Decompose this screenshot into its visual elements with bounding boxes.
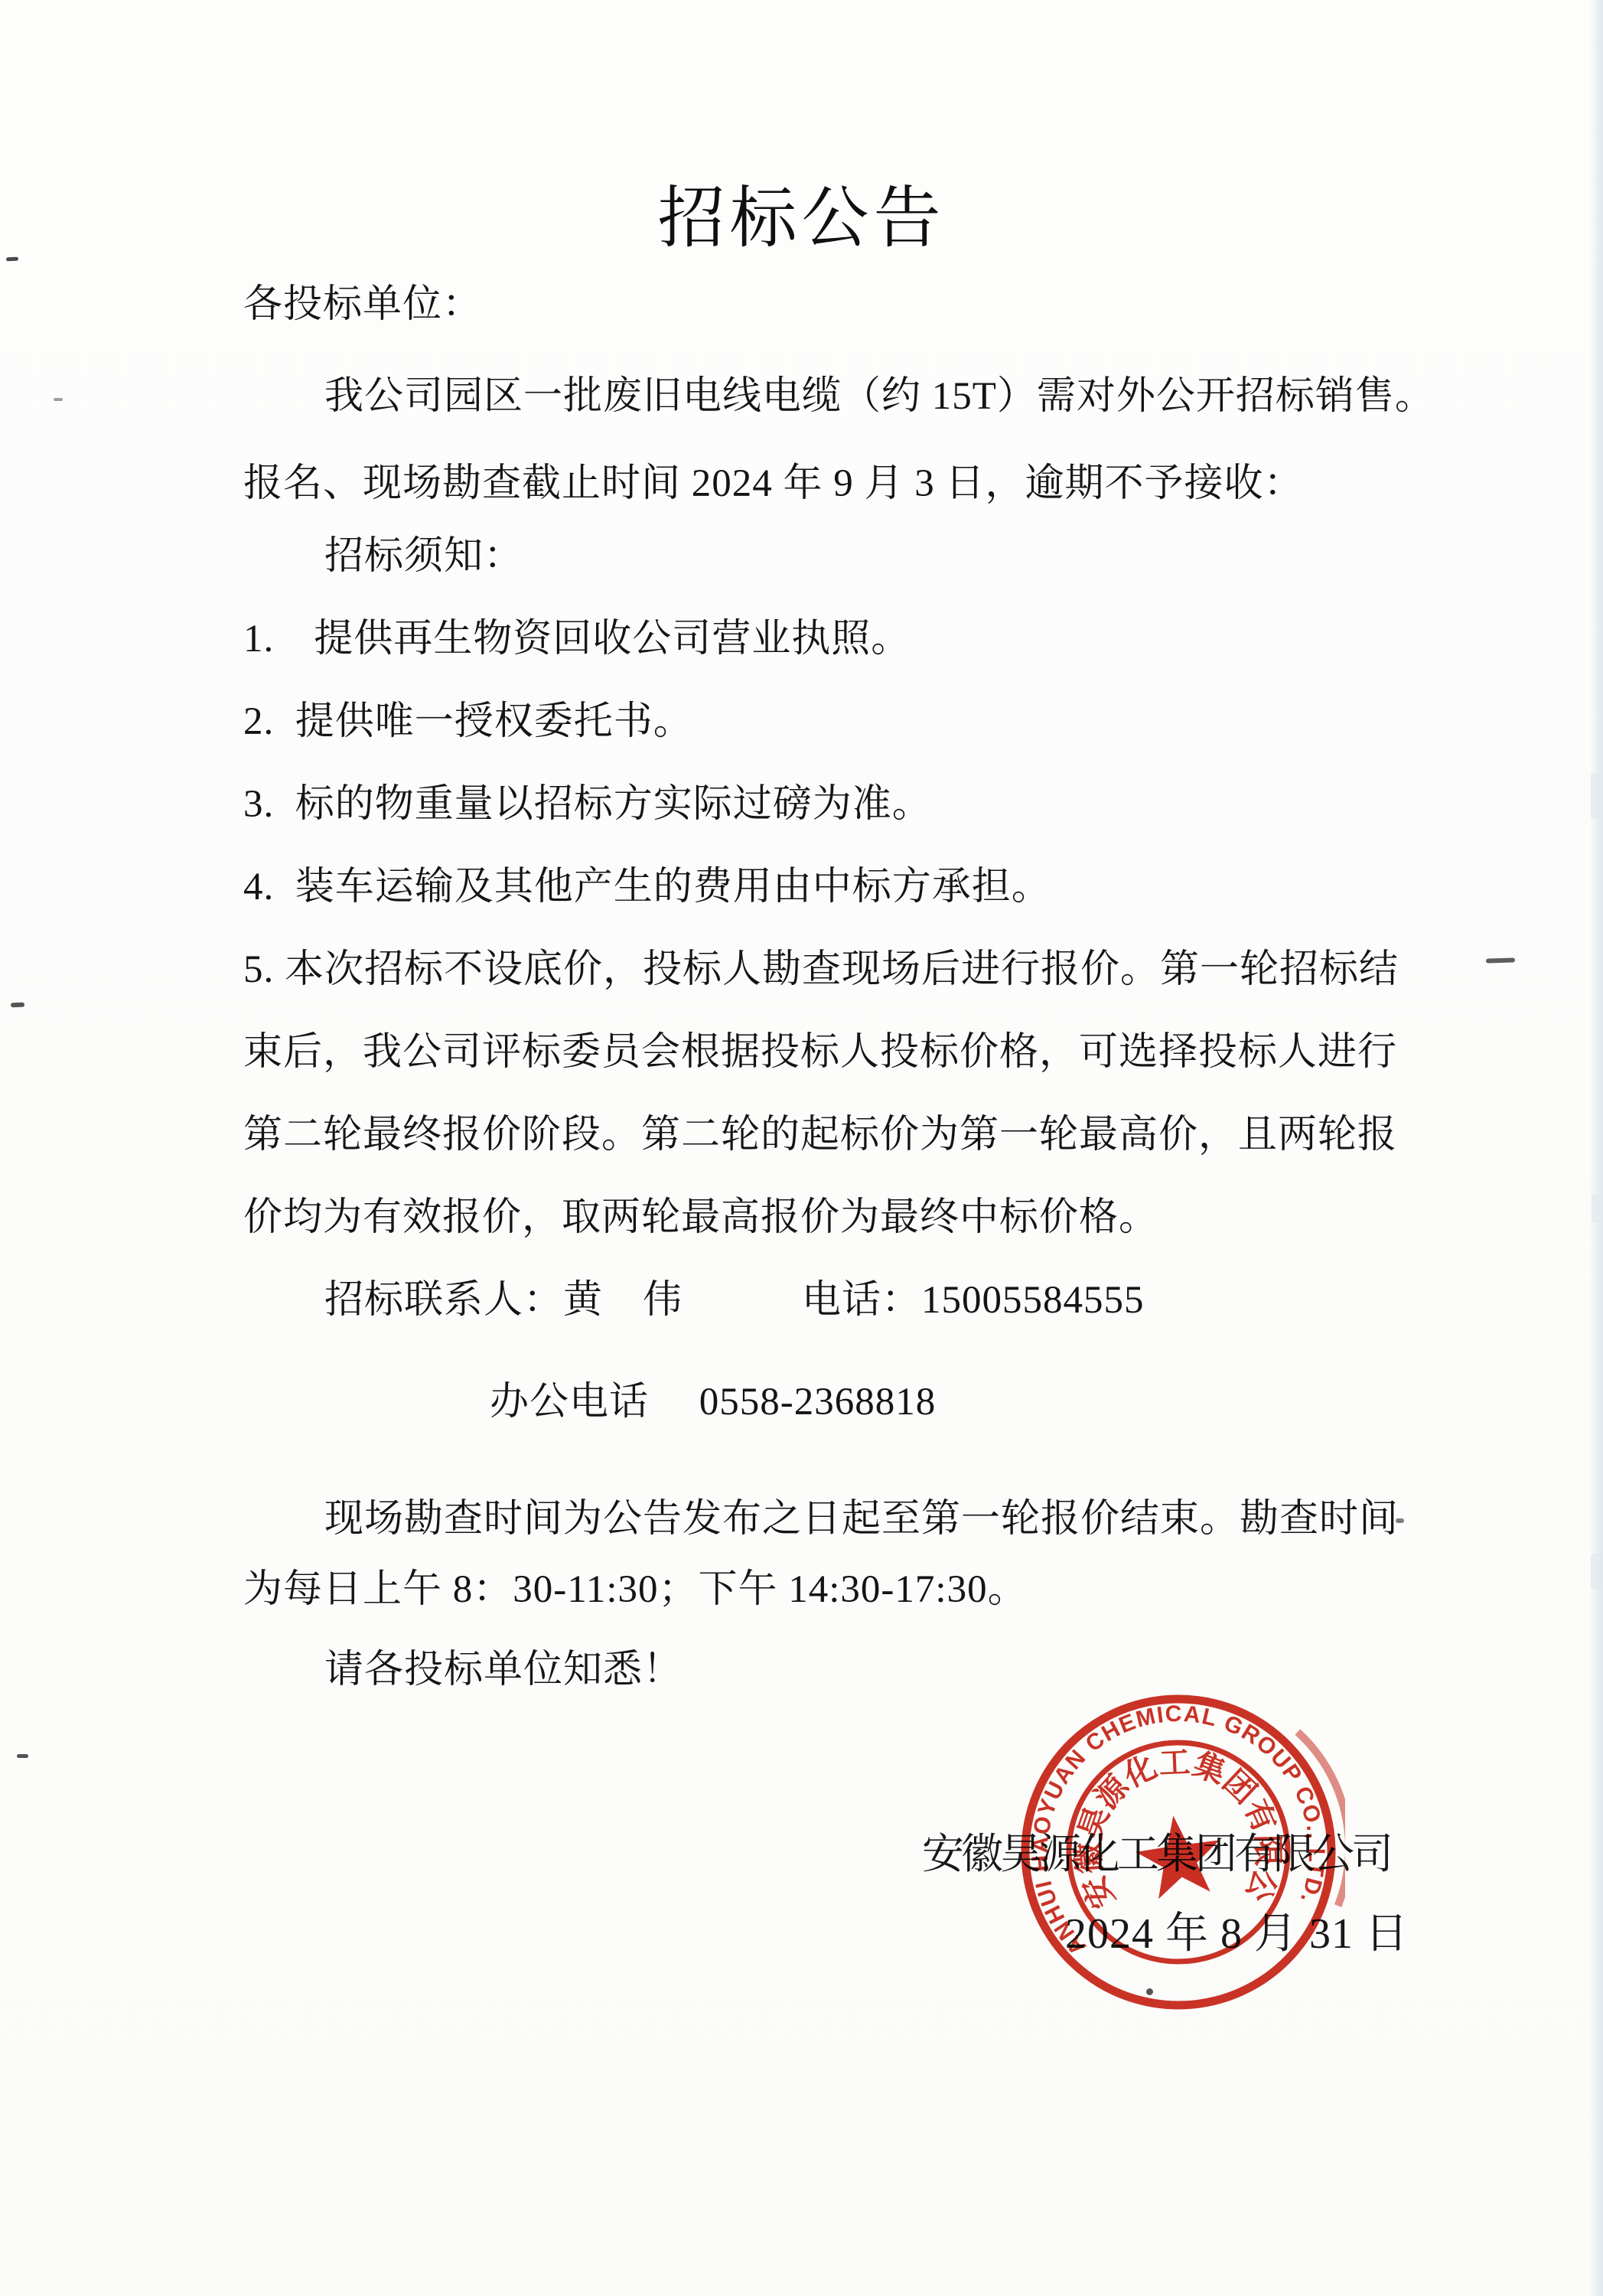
line-item-1: 1. 提供再生物资回收公司营业执照。 xyxy=(243,612,911,667)
page-title: 招标公告 xyxy=(0,178,1603,262)
line-closing: 请各投标单位知悉！ xyxy=(324,1642,683,1698)
scan-speck xyxy=(6,257,18,262)
company-seal: ANHUI HAOYUAN CHEMICAL GROUP CO., LTD. 安… xyxy=(1012,1685,1345,2019)
line-intro: 我公司园区一批废旧电线电缆（约 15T）需对外公开招标销售。 xyxy=(324,369,1435,424)
line-item-5d: 价均为有效报价，取两轮最高报价为最终中标价格。 xyxy=(243,1190,1158,1245)
line-notice-heading: 招标须知： xyxy=(324,529,523,584)
scan-smudge xyxy=(1591,773,1600,819)
line-deadline: 报名、现场勘查截止时间 2024 年 9 月 3 日，逾期不予接收： xyxy=(243,456,1304,511)
scan-speck xyxy=(1486,957,1515,963)
scan-edge-shadow xyxy=(1589,0,1603,2296)
line-salutation: 各投标单位： xyxy=(243,277,482,332)
scan-speck xyxy=(1146,1988,1153,1995)
line-item-5a: 5. 本次招标不设底价，投标人勘查现场后进行报价。第一轮招标结 xyxy=(243,942,1399,997)
scan-speck xyxy=(1396,1518,1404,1523)
line-item-5b: 束后，我公司评标委员会根据投标人投标价格，可选择投标人进行 xyxy=(243,1025,1397,1080)
line-office-phone: 办公电话 0558-2368818 xyxy=(490,1375,936,1430)
scan-speck xyxy=(54,398,63,401)
seal-star-icon xyxy=(1132,1810,1227,1901)
scan-smudge xyxy=(1591,1554,1601,1589)
scan-speck xyxy=(11,1003,24,1008)
scanned-tender-announcement: 招标公告 各投标单位： 我公司园区一批废旧电线电缆（约 15T）需对外公开招标销… xyxy=(0,0,1603,2296)
line-contact: 招标联系人：黄 伟 电话：15005584555 xyxy=(324,1273,1145,1328)
scan-smudge xyxy=(1592,1194,1599,1223)
line-item-2: 2. 提供唯一授权委托书。 xyxy=(243,694,693,749)
line-item-5c: 第二轮最终报价阶段。第二轮的起标价为第一轮最高价，且两轮报 xyxy=(243,1107,1397,1163)
line-item-4: 4. 装车运输及其他产生的费用由中标方承担。 xyxy=(243,859,1051,915)
line-survey-time-b: 为每日上午 8：30-11:30；下午 14:30-17:30。 xyxy=(243,1562,1028,1617)
scan-speck xyxy=(17,1754,28,1758)
line-survey-time-a: 现场勘查时间为公告发布之日起至第一轮报价结束。勘查时间 xyxy=(324,1492,1399,1547)
line-item-3: 3. 标的物重量以招标方实际过磅为准。 xyxy=(243,777,932,832)
